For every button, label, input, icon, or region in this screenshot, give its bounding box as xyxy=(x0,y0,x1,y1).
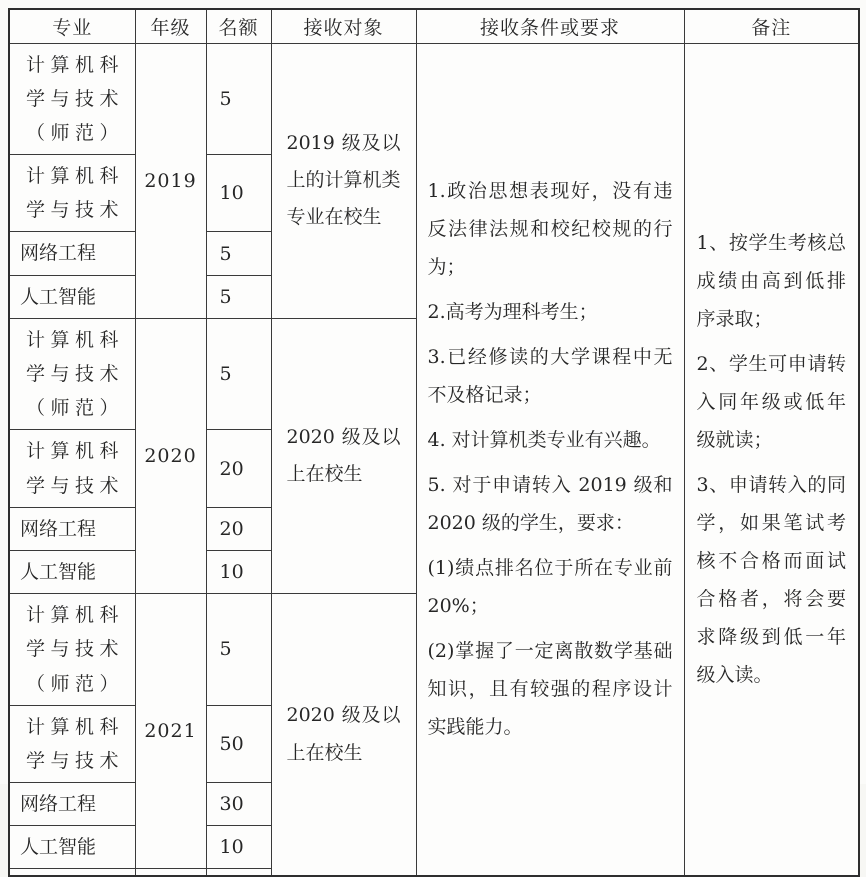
quota-cell: 20 xyxy=(206,507,271,550)
major-cell: 网络工程 xyxy=(9,232,135,275)
quota-cell: 10 xyxy=(206,550,271,593)
grade-cell-2021: 2021 xyxy=(135,594,206,869)
major-cell: 人工智能 xyxy=(9,275,135,318)
target-cell-2021: 2020 级及以上在校生 xyxy=(271,594,416,876)
target-cell-2019: 2019 级及以上的计算机类专业在校生 xyxy=(271,43,416,318)
spacer-cell xyxy=(135,869,206,876)
quota-cell: 5 xyxy=(206,594,271,706)
quota-cell: 5 xyxy=(206,318,271,430)
remark-item: 3、申请转入的同学，如果笔试考核不合格而面试合格者，将会要求降级到低一年级入读。 xyxy=(697,466,847,694)
spacer-cell xyxy=(206,869,271,876)
quota-cell: 5 xyxy=(206,43,271,155)
major-cell: 网络工程 xyxy=(9,507,135,550)
major-cell: 人工智能 xyxy=(9,550,135,593)
major-cell: 计算机科学与技术（师范） xyxy=(9,43,135,155)
header-conditions: 接收条件或要求 xyxy=(416,9,684,43)
grade-cell-2019: 2019 xyxy=(135,43,206,318)
quota-cell: 20 xyxy=(206,430,271,507)
scanned-document-page: 专业 年级 名额 接收对象 接收条件或要求 备注 计算机科学与技术（师范） 20… xyxy=(0,0,866,784)
condition-item: 3.已经修读的大学课程中无不及格记录； xyxy=(428,338,673,414)
major-cell: 计算机科学与技术（师范） xyxy=(9,594,135,706)
condition-item: 5. 对于申请转入 2019 级和 2020 级的学生，要求： xyxy=(428,466,673,542)
header-major: 专业 xyxy=(9,9,135,43)
condition-item: 4. 对计算机类专业有兴趣。 xyxy=(428,421,673,459)
major-cell: 计算机科学与技术（师范） xyxy=(9,318,135,430)
header-grade: 年级 xyxy=(135,9,206,43)
quota-cell: 30 xyxy=(206,783,271,826)
major-cell: 网络工程 xyxy=(9,783,135,826)
condition-item: (2)掌握了一定离散数学基础知识，且有较强的程序设计实践能力。 xyxy=(428,632,673,746)
spacer-cell xyxy=(9,869,135,876)
admission-quota-table: 专业 年级 名额 接收对象 接收条件或要求 备注 计算机科学与技术（师范） 20… xyxy=(8,8,860,877)
major-cell: 计算机科学与技术 xyxy=(9,705,135,782)
major-cell: 计算机科学与技术 xyxy=(9,155,135,232)
condition-item: (1)绩点排名位于所在专业前 20%； xyxy=(428,549,673,625)
remarks-cell: 1、按学生考核总成绩由高到低排序录取； 2、学生可申请转入同年级或低年级就读； … xyxy=(684,43,859,876)
header-remarks: 备注 xyxy=(684,9,859,43)
major-cell: 人工智能 xyxy=(9,826,135,869)
target-cell-2020: 2020 级及以上在校生 xyxy=(271,318,416,593)
remark-item: 2、学生可申请转入同年级或低年级就读； xyxy=(697,345,847,459)
grade-cell-2020: 2020 xyxy=(135,318,206,593)
conditions-cell: 1.政治思想表现好，没有违反法律法规和校纪校规的行为； 2.高考为理科考生； 3… xyxy=(416,43,684,876)
remark-item: 1、按学生考核总成绩由高到低排序录取； xyxy=(697,224,847,338)
condition-item: 1.政治思想表现好，没有违反法律法规和校纪校规的行为； xyxy=(428,172,673,286)
quota-cell: 5 xyxy=(206,232,271,275)
header-row: 专业 年级 名额 接收对象 接收条件或要求 备注 xyxy=(9,9,859,43)
quota-cell: 50 xyxy=(206,705,271,782)
header-quota: 名额 xyxy=(206,9,271,43)
header-target: 接收对象 xyxy=(271,9,416,43)
major-cell: 计算机科学与技术 xyxy=(9,430,135,507)
quota-cell: 10 xyxy=(206,155,271,232)
table-row: 计算机科学与技术（师范） 2019 5 2019 级及以上的计算机类专业在校生 … xyxy=(9,43,859,155)
quota-cell: 10 xyxy=(206,826,271,869)
quota-cell: 5 xyxy=(206,275,271,318)
condition-item: 2.高考为理科考生； xyxy=(428,293,673,331)
